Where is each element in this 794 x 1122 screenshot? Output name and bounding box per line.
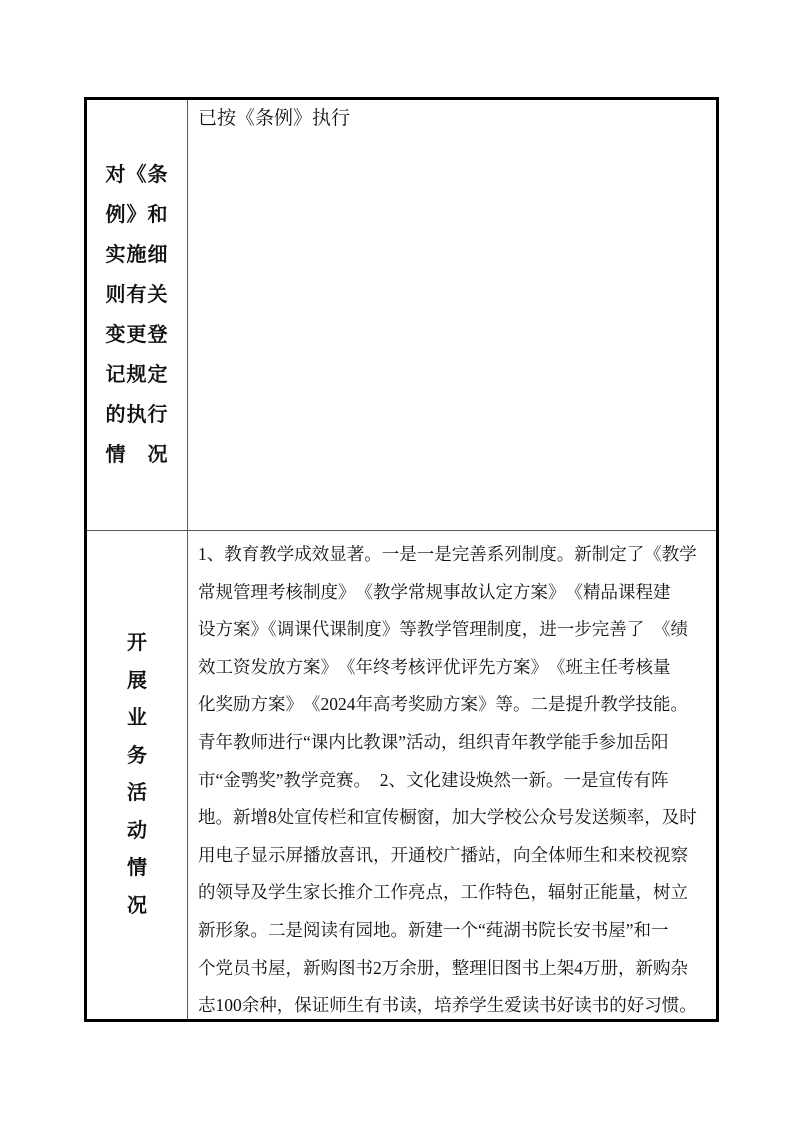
compliance-answer-text: 已按《条例》执行 bbox=[198, 105, 708, 133]
activities-text-line: 志100余种，保证师生有书读，培养学生爱读书好读书的好习惯。 bbox=[198, 987, 708, 1025]
row-header-line: 的执行 bbox=[106, 395, 169, 435]
row-header-line: 则有关 bbox=[106, 275, 169, 315]
annual-report-table: 对《条 例》和 实施细 则有关 变更登 记规定 的执行 情 况 已按《条例》执行… bbox=[84, 97, 719, 1022]
table-row-business-activities: 开 展 业 务 活 动 情 况 1、教育教学成效显著。一是一是完善系列制度。新制… bbox=[87, 531, 716, 1019]
activities-text-line: 化奖励方案》 《2024年高考奖励方案》等。二是提升教学技能。 bbox=[198, 686, 708, 724]
row-header-char: 务 bbox=[127, 738, 147, 776]
row-header-regulation-compliance: 对《条 例》和 实施细 则有关 变更登 记规定 的执行 情 况 bbox=[87, 100, 188, 530]
row-header-char: 况 bbox=[127, 888, 147, 926]
activities-text-line: 设方案》《调课代课制度》等教学管理制度，进一步完善了 《绩 bbox=[198, 611, 708, 649]
activities-text-line: 地。新增8处宣传栏和宣传橱窗，加大学校公众号发送频率，及时 bbox=[198, 799, 708, 837]
row-header-char: 情 bbox=[127, 850, 147, 888]
activities-text-line: 市“金鹗奖”教学竞赛。 2、文化建设焕然一新。一是宣传有阵 bbox=[198, 762, 708, 800]
cell-business-activities-text: 1、教育教学成效显著。一是一是完善系列制度。新制定了《教学 常规管理考核制度》 … bbox=[188, 531, 716, 1019]
activities-text-line: 效工资发放方案》 《年终考核评优评先方案》 《班主任考核量 bbox=[198, 649, 708, 687]
activities-text-line: 青年教师进行“课内比教课”活动，组织青年教学能手参加岳阳 bbox=[198, 724, 708, 762]
row-header-char: 活 bbox=[127, 775, 147, 813]
row-header-char: 业 bbox=[127, 700, 147, 738]
cell-regulation-compliance-answer: 已按《条例》执行 bbox=[188, 100, 716, 530]
activities-text-line: 常规管理考核制度》 《教学常规事故认定方案》 《精品课程建 bbox=[198, 574, 708, 612]
row-header-line: 情 况 bbox=[106, 435, 169, 475]
activities-text-line: 用电子显示屏播放喜讯，开通校广播站，向全体师生和来校视察 bbox=[198, 837, 708, 875]
row-header-business-activities: 开 展 业 务 活 动 情 况 bbox=[87, 531, 188, 1019]
row-header-line: 对《条 bbox=[106, 155, 169, 195]
row-header-char: 展 bbox=[127, 663, 147, 701]
activities-text-line: 的领导及学生家长推介工作亮点，工作特色，辐射正能量，树立 bbox=[198, 874, 708, 912]
row-header-line: 例》和 bbox=[106, 195, 169, 235]
row-header-line: 实施细 bbox=[106, 235, 169, 275]
activities-text-line: 个党员书屋，新购图书2万余册，整理旧图书上架4万册，新购杂 bbox=[198, 950, 708, 988]
table-row-regulation-compliance: 对《条 例》和 实施细 则有关 变更登 记规定 的执行 情 况 已按《条例》执行 bbox=[87, 100, 716, 531]
row-header-char: 开 bbox=[127, 625, 147, 663]
row-header-line: 记规定 bbox=[106, 355, 169, 395]
activities-text-line: 新形象。二是阅读有园地。新建一个“莼湖书院长安书屋”和一 bbox=[198, 912, 708, 950]
activities-text-line: 1、教育教学成效显著。一是一是完善系列制度。新制定了《教学 bbox=[198, 536, 708, 574]
row-header-line: 变更登 bbox=[106, 315, 169, 355]
row-header-char: 动 bbox=[127, 813, 147, 851]
document-page: 对《条 例》和 实施细 则有关 变更登 记规定 的执行 情 况 已按《条例》执行… bbox=[0, 0, 794, 1122]
